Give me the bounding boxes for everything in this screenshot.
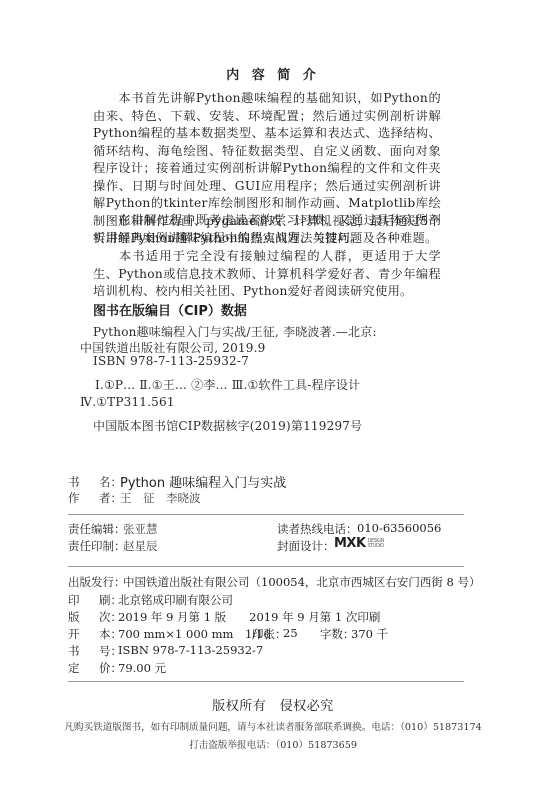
cip-title: 图书在版编目（CIP）数据	[93, 300, 247, 319]
summary-paragraph-3: 本书适用于完全没有接触过编程的人群，更适用于大学生、Python或信息技术教师、…	[93, 248, 441, 301]
divider	[68, 681, 464, 682]
summary-paragraph-3-text: 本书适用于完全没有接触过编程的人群，更适用于大学生、Python或信息技术教师、…	[93, 249, 441, 298]
cip-isbn: ISBN 978-7-113-25932-7	[93, 354, 249, 368]
author-label: 作 者：	[68, 490, 128, 506]
editor-label: 责任编辑：	[68, 521, 126, 537]
label-char: 者：	[99, 490, 122, 506]
mxk-logo-icon: MXK	[334, 536, 366, 551]
divider	[68, 566, 464, 567]
label-char: 书	[68, 474, 80, 490]
cip-classification-2: Ⅳ.①TP311.561	[80, 395, 175, 409]
format-value: 700 mm×1 000 mm 1/16	[118, 626, 271, 642]
summary-heading: 内 容 简 介	[0, 64, 546, 83]
isbn-value: ISBN 978-7-113-25932-7	[118, 643, 263, 657]
sheets-label: 印张：	[252, 626, 287, 642]
word-count-label: 字数：	[320, 626, 355, 642]
sheets-value: 25	[283, 626, 298, 640]
print-manager-value: 赵星辰	[123, 538, 158, 554]
piracy-report-phone: 打击盗版举报电话：（010）51873659	[0, 737, 546, 751]
logo-sub-text: STUDIO	[368, 543, 384, 549]
cip-classification-1: Ⅰ.①P… Ⅱ.①王… ②李… Ⅲ.①软件工具-程序设计	[95, 376, 360, 393]
label-char: 印	[68, 592, 80, 608]
label-char: 作	[68, 490, 80, 506]
summary-paragraph-2-text: 在讲解过程中既考虑读者的学习习惯，又通过具体实例剖析讲解Python趣味编程中的…	[93, 213, 441, 245]
label-char: 书	[68, 643, 80, 659]
book-title-label: 书 名：	[68, 474, 128, 490]
cover-design-logo: MXKDESIGNSTUDIO	[334, 536, 384, 551]
cip-check-number: 中国版本图书馆CIP数据核字(2019)第119297号	[93, 417, 362, 434]
label-char: 开	[68, 626, 80, 642]
copyright-notice: 凡购买铁道版图书，如有印制质量问题，请与本社读者服务部联系调换。电话：（010）…	[0, 719, 546, 733]
editor-value: 张亚慧	[123, 521, 158, 537]
edition-value: 2019 年 9 月第 1 版 2019 年 9 月第 1 次印刷	[118, 609, 380, 625]
printer-value: 北京铭成印刷有限公司	[118, 592, 233, 608]
hotline-label: 读者热线电话：	[277, 521, 358, 537]
cover-design-label: 封面设计：	[277, 538, 335, 554]
label-char: 版	[68, 609, 80, 625]
copyright-title: 版权所有 侵权必究	[0, 695, 546, 714]
cip-line-1: Python趣味编程入门与实战/王征, 李晓波著.—北京:	[93, 323, 377, 340]
author-value: 王 征 李晓波	[120, 490, 201, 506]
word-count-value: 370 千	[351, 626, 388, 642]
label-char: 名：	[99, 474, 122, 490]
publisher-label: 出版发行：	[68, 574, 126, 590]
hotline-value: 010-63560056	[357, 521, 441, 535]
label-char: 定	[68, 660, 80, 676]
print-manager-label: 责任印制：	[68, 538, 126, 554]
divider	[68, 514, 464, 515]
book-title-value: Python 趣味编程入门与实战	[120, 472, 286, 491]
publisher-value: 中国铁道出版社有限公司（100054，北京市西城区右安门西街 8 号）	[123, 574, 481, 590]
summary-paragraph-2: 在讲解过程中既考虑读者的学习习惯，又通过具体实例剖析讲解Python趣味编程中的…	[93, 212, 441, 247]
price-value: 79.00 元	[118, 660, 166, 676]
